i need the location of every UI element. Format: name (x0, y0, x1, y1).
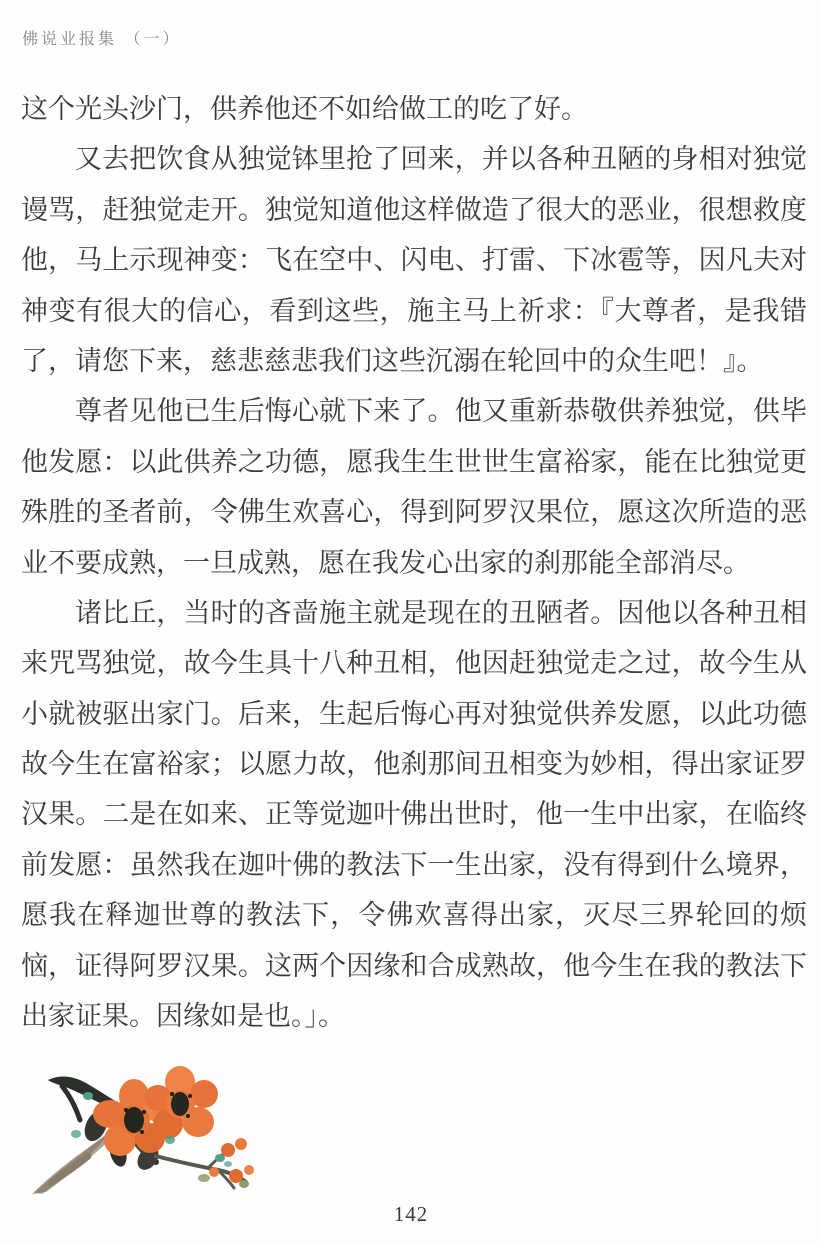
text-line: 恼，证得阿罗汉果。这两个因缘和合成熟故，他今生在我的教法下 (21, 941, 807, 991)
running-header: 佛说业报集 （一） (22, 26, 181, 49)
text-line: 愿我在释迦世尊的教法下，令佛欢喜得出家，灭尽三界轮回的烦 (21, 890, 807, 940)
text-line: 又去把饮食从独觉钵里抢了回来，并以各种丑陋的身相对独觉 (21, 134, 807, 184)
text-line: 殊胜的圣者前，令佛生欢喜心，得到阿罗汉果位，愿这次所造的恶 (21, 487, 807, 537)
text-line: 尊者见他已生后悔心就下来了。他又重新恭敬供养独觉，供毕 (21, 386, 807, 436)
body-text: 这个光头沙门，供养他还不如给做工的吃了好。又去把饮食从独觉钵里抢了回来，并以各种… (21, 84, 807, 1041)
page-number: 142 (0, 1202, 822, 1227)
plum-blossom-painting-svg (22, 1056, 264, 1198)
text-line: 汉果。二是在如来、正等觉迦叶佛出世时，他一生中出家，在临终 (21, 789, 807, 839)
text-line: 业不要成熟，一旦成熟，愿在我发心出家的刹那能全部消尽。 (21, 538, 807, 588)
text-line: 故今生在富裕家；以愿力故，他刹那间丑相变为妙相，得出家证罗 (21, 739, 807, 789)
text-line: 出家证果。因缘如是也。」。 (21, 991, 807, 1041)
text-line: 前发愿：虽然我在迦叶佛的教法下一生出家，没有得到什么境界， (21, 840, 807, 890)
text-line: 神变有很大的信心，看到这些，施主马上祈求：『大尊者，是我错 (21, 286, 807, 336)
text-line: 了，请您下来，慈悲慈悲我们这些沉溺在轮回中的众生吧！』。 (21, 336, 807, 386)
branch-fork (52, 1156, 88, 1182)
text-line: 来咒骂独觉，故今生具十八种丑相，他因赶独觉走之过，故今生从 (21, 638, 807, 688)
text-line: 诸比丘，当时的吝啬施主就是现在的丑陋者。因他以各种丑相 (21, 588, 807, 638)
text-line: 这个光头沙门，供养他还不如给做工的吃了好。 (21, 84, 807, 134)
text-line: 他，马上示现神变：飞在空中、闪电、打雷、下冰雹等，因凡夫对 (21, 235, 807, 285)
plum-blossom-illustration (22, 1056, 264, 1198)
blossom-right (144, 1066, 218, 1139)
branch-shadow (34, 1131, 110, 1194)
text-line: 小就被驱出家门。后来，生起后悔心再对独觉供养发愿，以此功德 (21, 689, 807, 739)
text-line: 他发愿：以此供养之功德，愿我生生世世生富裕家，能在比独觉更 (21, 437, 807, 487)
text-line: 谩骂，赶独觉走开。独觉知道他这样做造了很大的恶业，很想救度 (21, 185, 807, 235)
